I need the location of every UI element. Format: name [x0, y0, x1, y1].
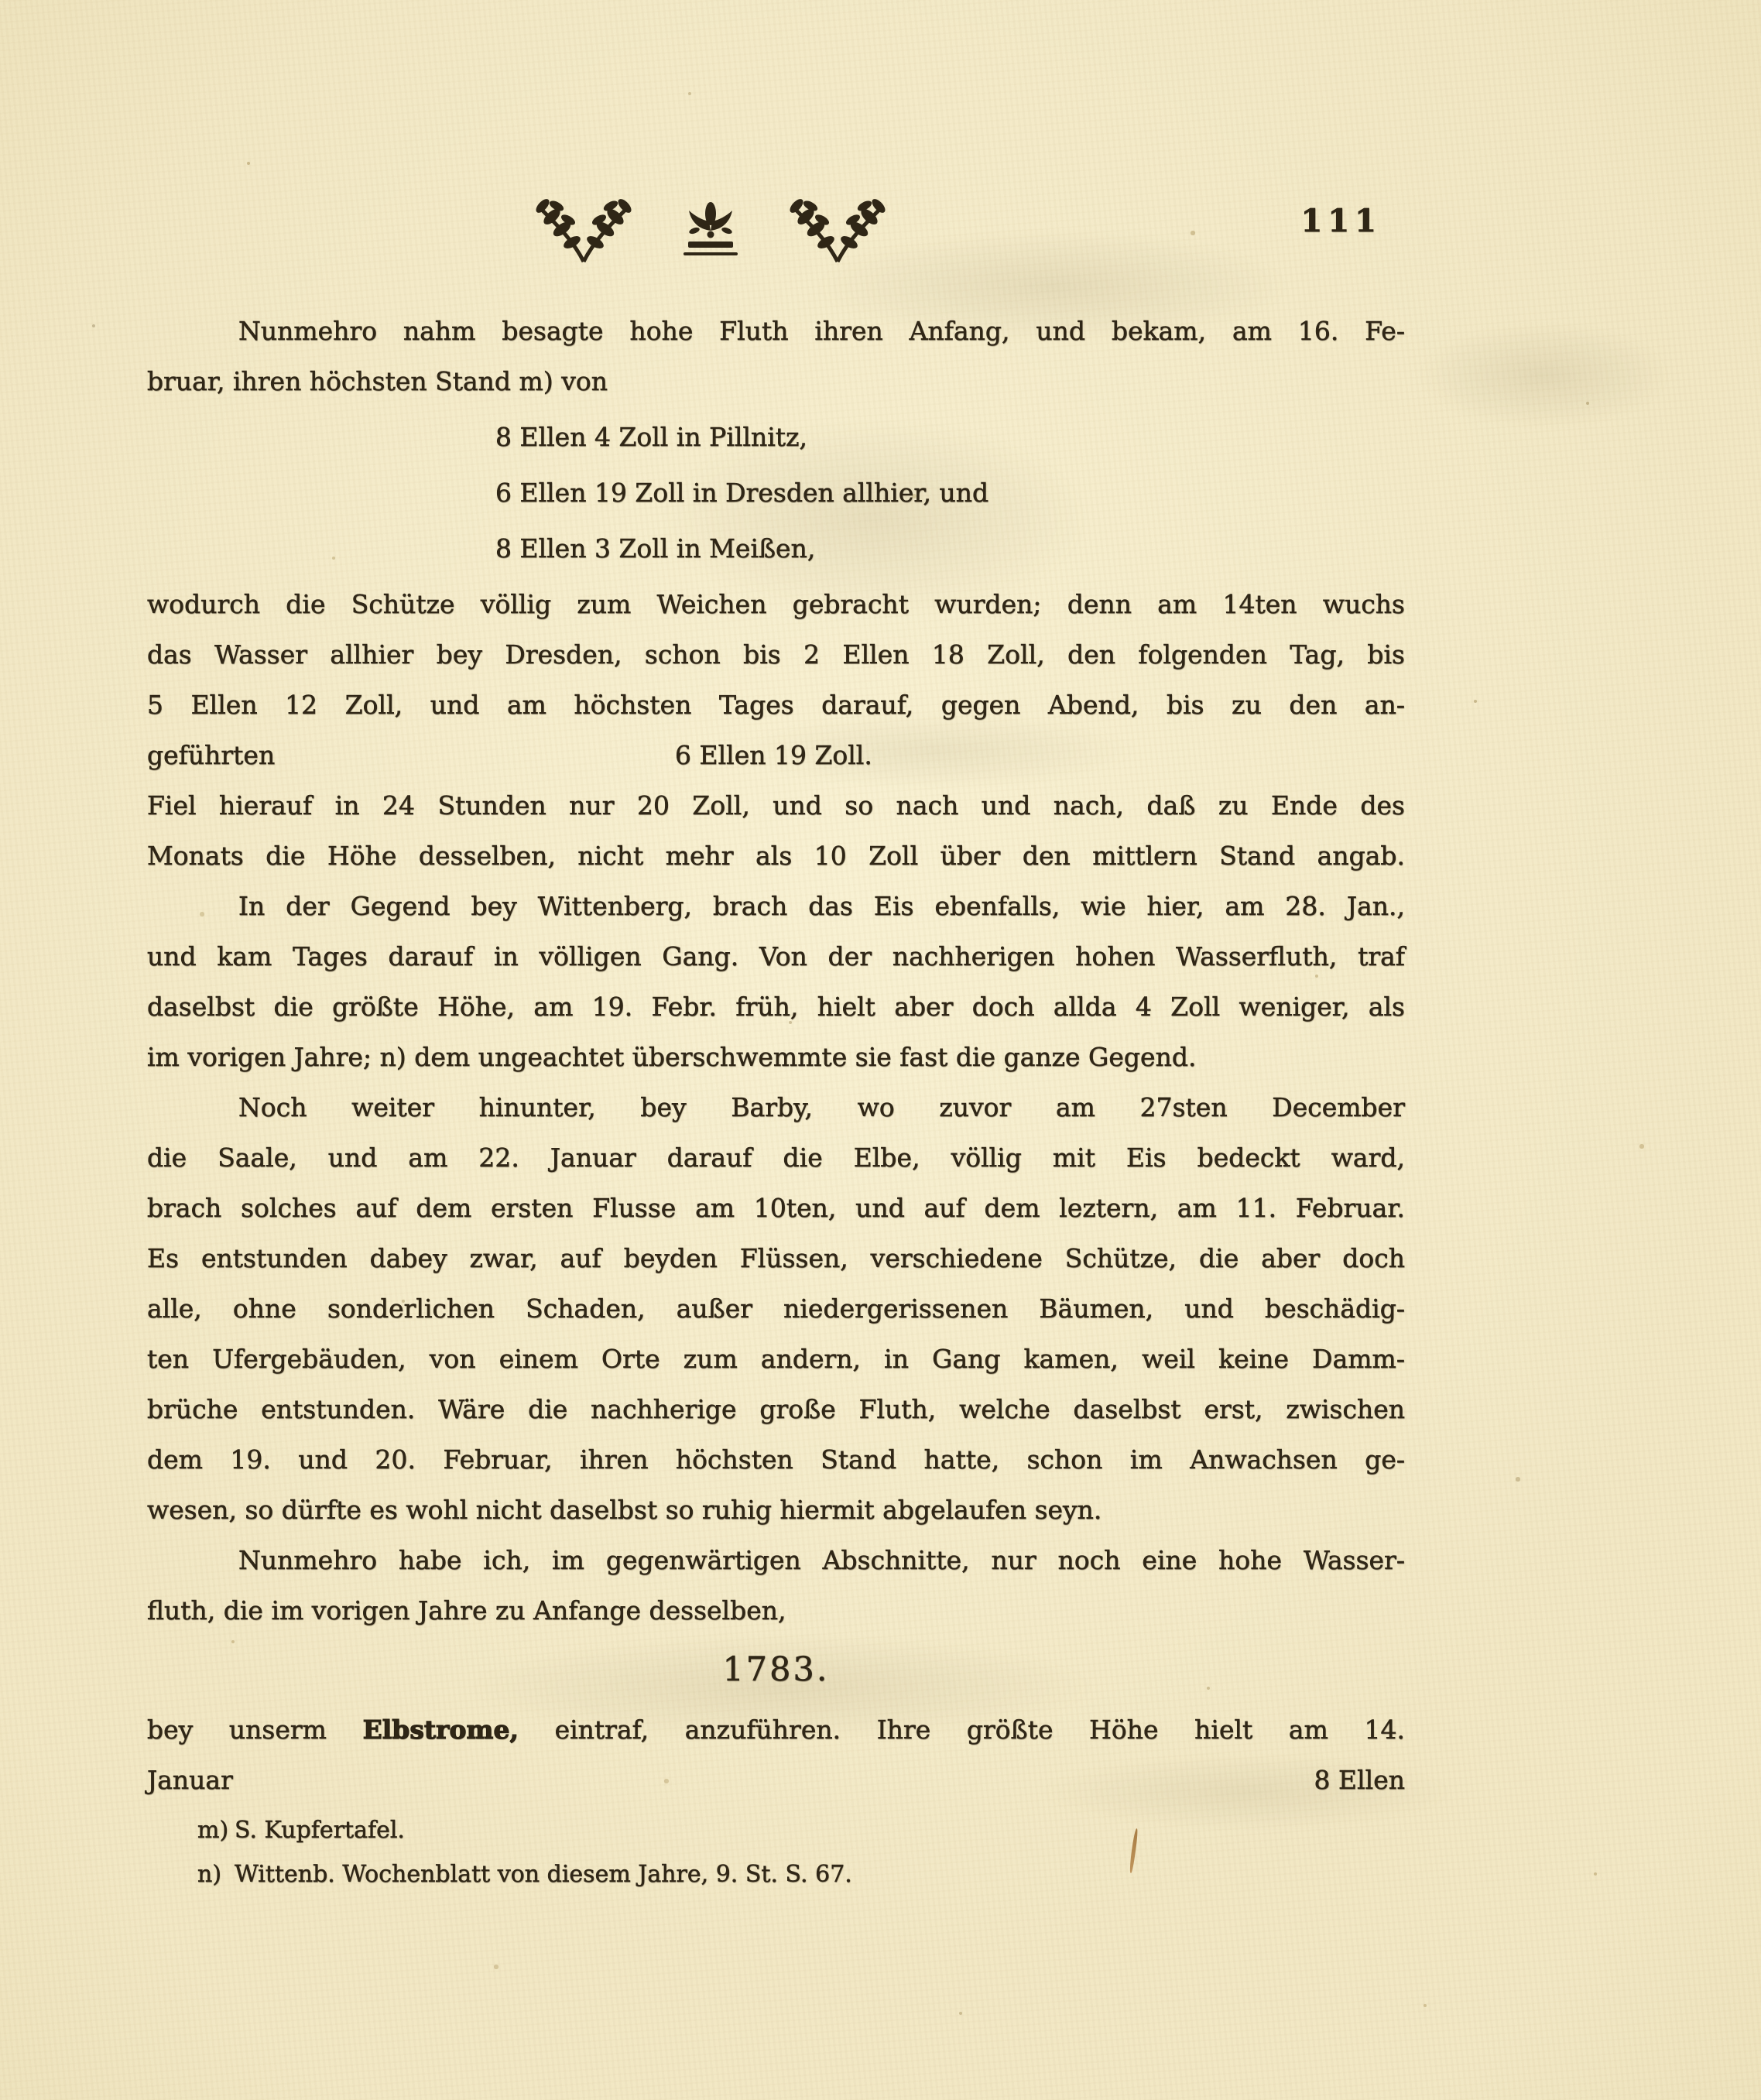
book-page-scan: 111 Nunmehro nahm besagte hohe Fluth ihr…: [0, 0, 1761, 2100]
text-line: Nunmehro habe ich, im gegenwärtigen Absc…: [147, 1535, 1405, 1585]
footnote-text: S. Kupfertafel.: [235, 1817, 405, 1844]
text-line: In der Gegend bey Wittenberg, brach das …: [147, 881, 1405, 931]
main-text-block: Nunmehro nahm besagte hohe Fluth ihren A…: [147, 306, 1405, 1896]
text-line: die Saale, und am 22. Januar darauf die …: [147, 1132, 1405, 1183]
text-line: das Wasser allhier bey Dresden, schon bi…: [147, 629, 1405, 680]
header-ornaments: [526, 192, 896, 265]
footnote-marker: n): [197, 1852, 235, 1896]
measurement-line: 8 Ellen 3 Zoll in Meißen,: [495, 523, 1405, 574]
text-fragment: geführten: [147, 740, 275, 770]
text-line: wodurch die Schütze völlig zum Weichen g…: [147, 579, 1405, 629]
text-fragment: eintraf, anzuführen. Ihre größte Höhe hi…: [519, 1715, 1405, 1745]
text-line: brüche entstunden. Wäre die nachherige g…: [147, 1384, 1405, 1434]
text-line: brach solches auf dem ersten Flusse am 1…: [147, 1183, 1405, 1233]
text-line: alle, ohne sonderlichen Schaden, außer n…: [147, 1283, 1405, 1334]
text-fragment: bey unserm: [147, 1715, 363, 1745]
text-line: Monats die Höhe desselben, nicht mehr al…: [147, 831, 1405, 881]
text-line: wesen, so dürfte es wohl nicht daselbst …: [147, 1485, 1405, 1535]
paper-fiber-specks: [0, 0, 2, 2]
text-line: Nunmehro nahm besagte hohe Fluth ihren A…: [147, 306, 1405, 356]
text-line: geführten 6 Ellen 19 Zoll.: [147, 730, 1405, 780]
footnote-text: Wittenb. Wochenblatt von diesem Jahre, 9…: [235, 1861, 852, 1888]
elbstrome-bold-text: Elbstrome,: [363, 1715, 519, 1745]
year-heading: 1783.: [147, 1645, 1405, 1695]
footnotes: m)S. Kupfertafel. n)Wittenb. Wochenblatt…: [147, 1808, 1405, 1896]
text-line: ten Ufergebäuden, von einem Orte zum and…: [147, 1334, 1405, 1384]
footnote-line: m)S. Kupfertafel.: [197, 1808, 1405, 1852]
text-line: dem 19. und 20. Februar, ihren höchsten …: [147, 1434, 1405, 1485]
page-number: 111: [1301, 203, 1382, 239]
measurement-line: 8 Ellen 4 Zoll in Pillnitz,: [495, 412, 1405, 462]
text-line: und kam Tages darauf in völligen Gang. V…: [147, 931, 1405, 981]
text-fragment: Januar: [147, 1755, 233, 1805]
catchword: 8 Ellen: [1314, 1755, 1405, 1805]
fleur-de-lis-icon: [682, 198, 739, 263]
show-through-stain: [1417, 321, 1672, 430]
text-line: bruar, ihren höchsten Stand m) von: [147, 356, 1405, 406]
text-line: Noch weiter hinunter, bey Barby, wo zuvo…: [147, 1082, 1405, 1132]
text-line: im vorigen Jahre; n) dem ungeachtet über…: [147, 1032, 1405, 1082]
measurement-centered: 6 Ellen 19 Zoll.: [675, 730, 872, 780]
text-line: bey unserm Elbstrome, eintraf, anzuführe…: [147, 1704, 1405, 1755]
page-header: 111: [147, 192, 1405, 265]
footnote-marker: m): [197, 1808, 235, 1852]
measurement-line: 6 Ellen 19 Zoll in Dresden allhier, und: [495, 468, 1405, 518]
catchword-line: Januar 8 Ellen: [147, 1755, 1405, 1805]
text-line: fluth, die im vorigen Jahre zu Anfange d…: [147, 1585, 1405, 1636]
text-line: daselbst die größte Höhe, am 19. Febr. f…: [147, 981, 1405, 1032]
text-line: 5 Ellen 12 Zoll, und am höchsten Tages d…: [147, 680, 1405, 730]
fleuron-branches-icon: [779, 192, 896, 265]
fleuron-branches-icon: [526, 192, 642, 265]
footnote-line: n)Wittenb. Wochenblatt von diesem Jahre,…: [197, 1852, 1405, 1896]
text-line: Es entstunden dabey zwar, auf beyden Flü…: [147, 1233, 1405, 1283]
text-line: Fiel hierauf in 24 Stunden nur 20 Zoll, …: [147, 780, 1405, 831]
